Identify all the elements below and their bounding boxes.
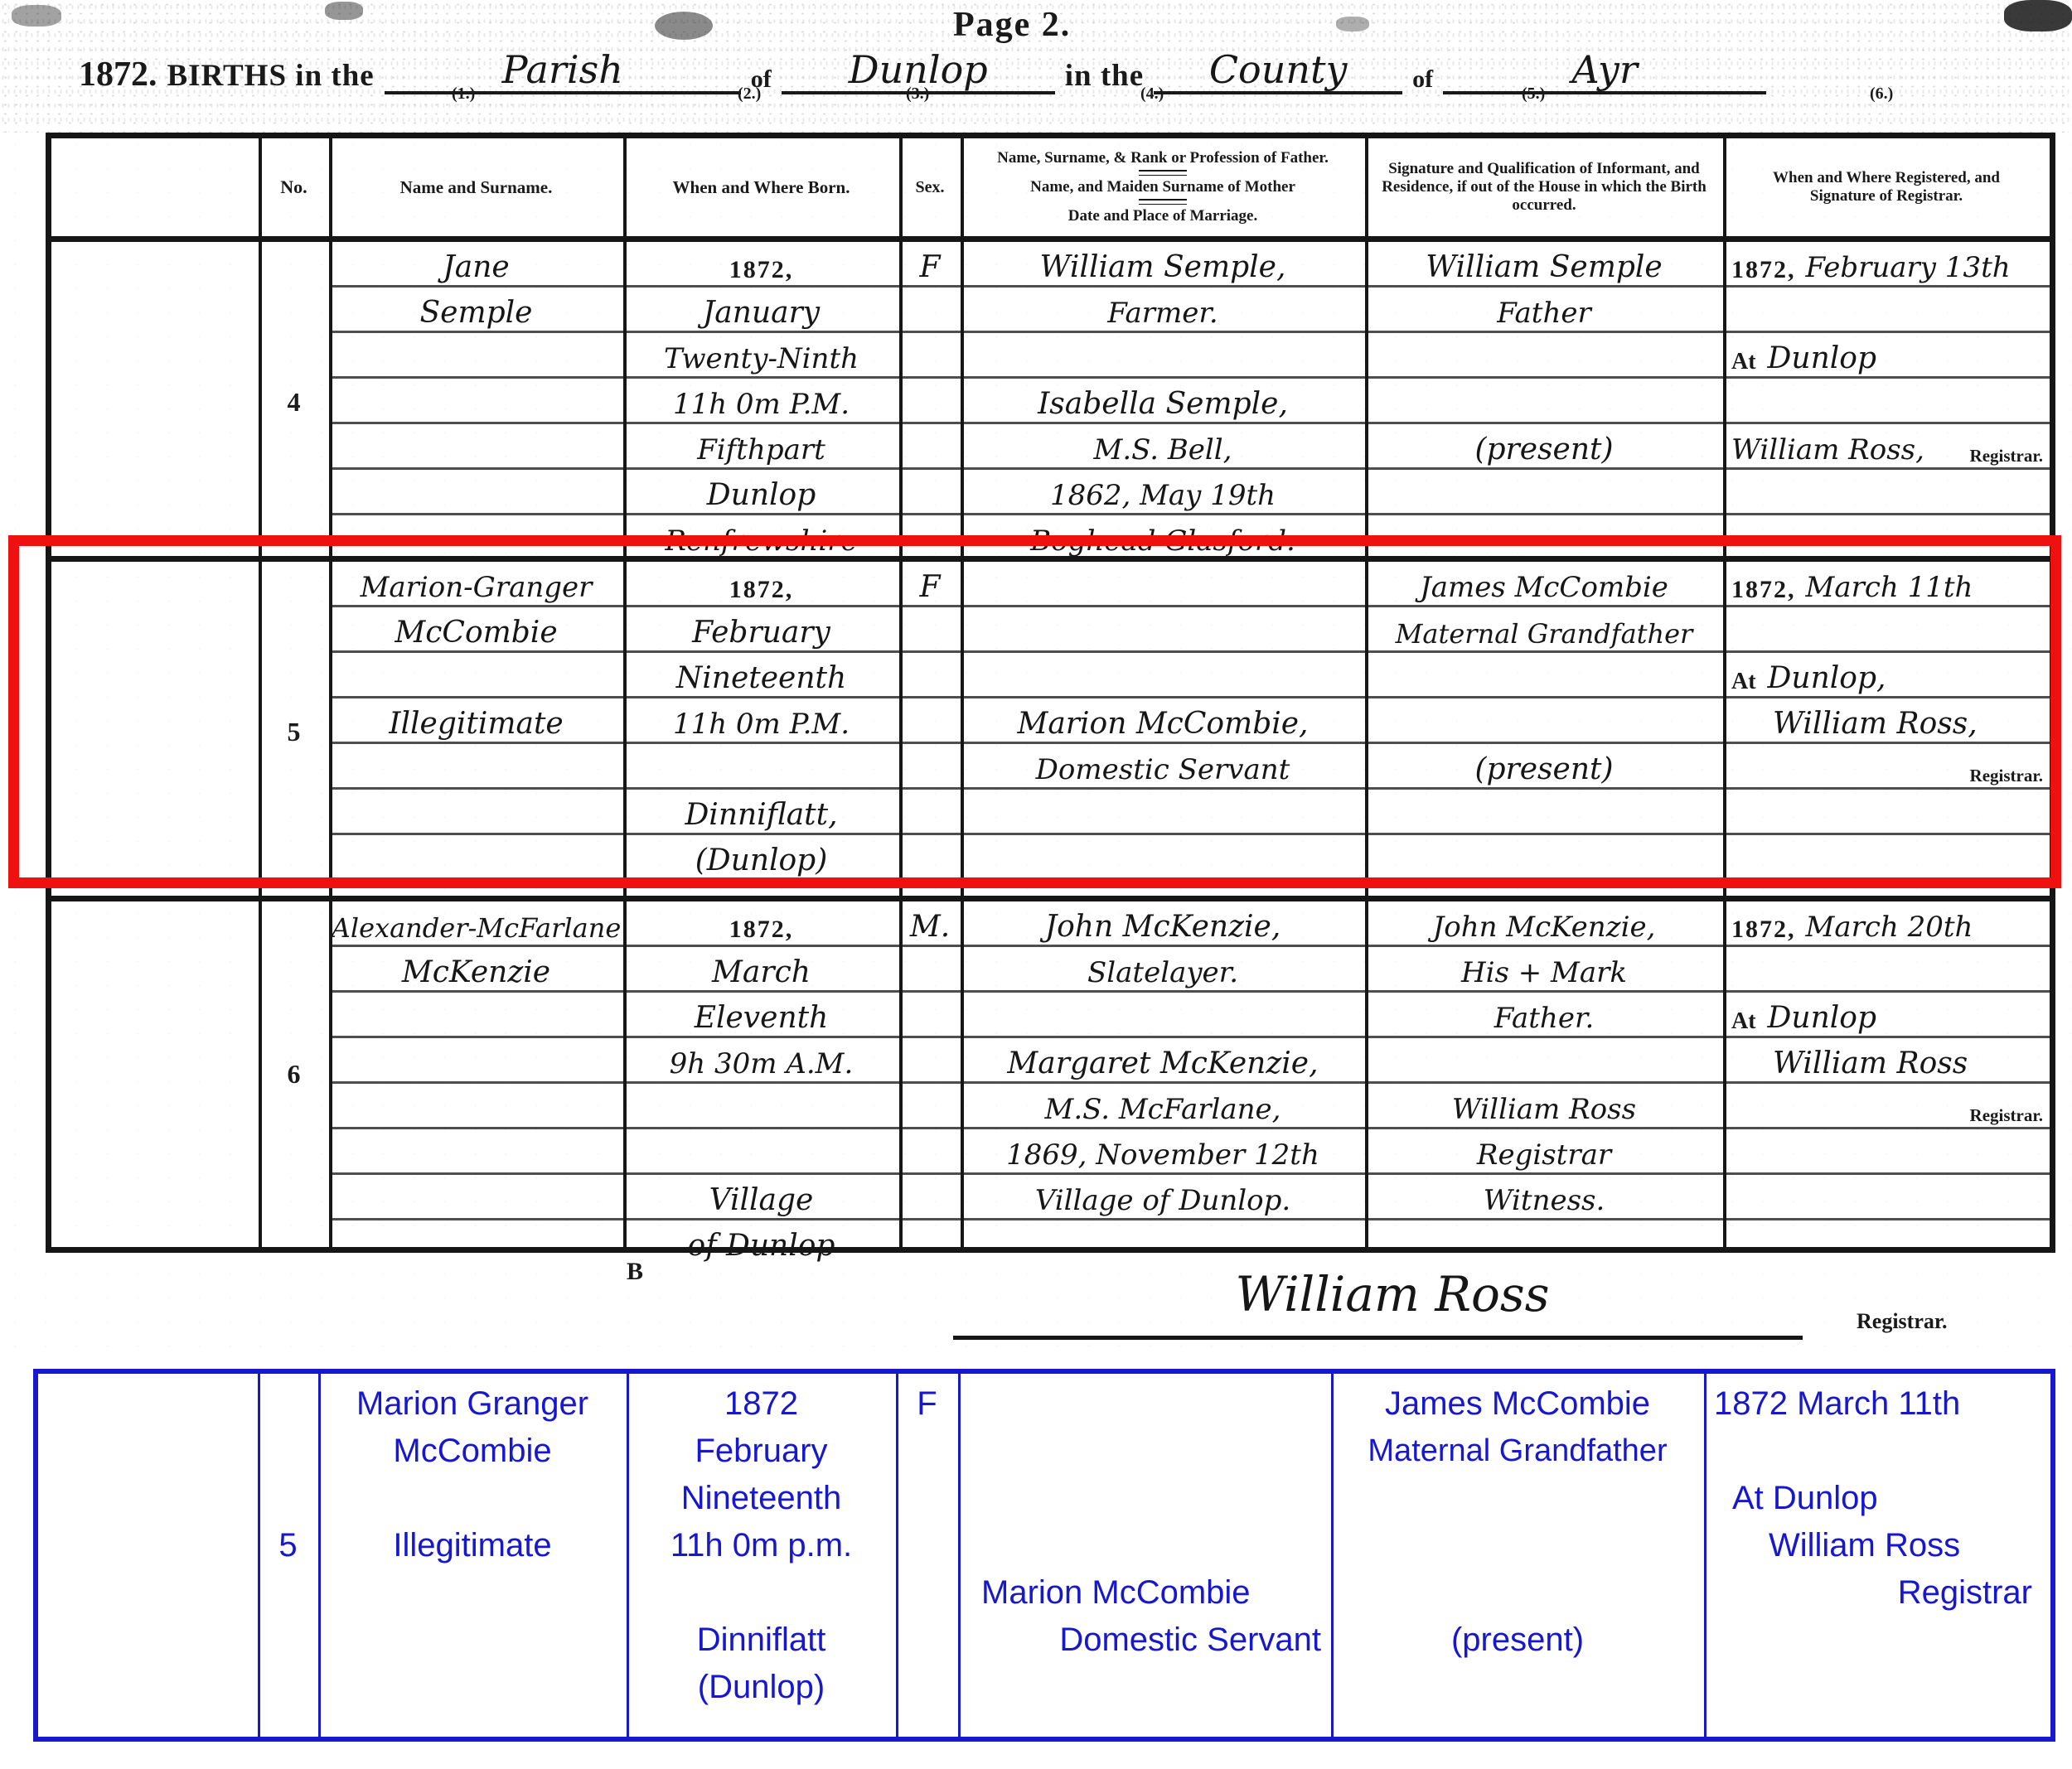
title-year: 1872.	[79, 55, 157, 94]
registrar-label: Registrar.	[1970, 1105, 2043, 1126]
header-no: No.	[259, 138, 329, 236]
entry-line: 1872, March 20th	[1723, 901, 2050, 947]
entry-line: At Dunlop	[1723, 333, 2050, 379]
ruled-line-space	[623, 1084, 899, 1129]
entry-line: 1869, November 12th	[961, 1129, 1365, 1175]
transcription-line: Domestic Servant	[958, 1617, 1331, 1664]
column-ref-4: (4.)	[1140, 85, 1164, 104]
transcription-sex-value: F	[896, 1380, 958, 1428]
registrar-signature: William Ross,	[1731, 433, 1924, 466]
signature-underline	[953, 1336, 1803, 1340]
cell-informant: John McKenzie, His + Mark Father. Willia…	[1365, 901, 1723, 1247]
transcription-born: 1872 February Nineteenth 11h 0m p.m. Din…	[627, 1380, 896, 1737]
transcription-line: February	[627, 1428, 896, 1475]
entry-line: Registrar	[1365, 1129, 1723, 1175]
transcription-line: Nineteenth	[627, 1475, 896, 1522]
header-name: Name and Surname.	[329, 138, 623, 236]
entry-line: At Dunlop	[1723, 993, 2050, 1038]
registrar-page-signature: William Ross	[1102, 1266, 1682, 1322]
column-ref-6: (6.)	[1870, 85, 1893, 104]
cell-parents: William Semple, Farmer. Isabella Semple,…	[961, 242, 1365, 562]
cell-born: 1872, March Eleventh 9h 30m A.M. Village…	[623, 901, 899, 1247]
entry-line: Village	[623, 1175, 899, 1220]
ruled-line-space	[1365, 333, 1723, 379]
entry-line: Father	[1365, 288, 1723, 333]
entry-number: 4	[259, 242, 329, 562]
register-row-6: 6 Alexander-McFarlane McKenzie 1872, Mar…	[51, 896, 2050, 1247]
entry-line: March	[623, 947, 899, 993]
entry-line: Dunlop	[623, 470, 899, 515]
transcription-line: 1872	[627, 1380, 896, 1428]
cell-parents: John McKenzie, Slatelayer. Margaret McKe…	[961, 901, 1365, 1247]
entry-line: 1872, February 13th	[1723, 242, 2050, 288]
entry-line: 9h 30m A.M.	[623, 1038, 899, 1084]
entry-line: (present)	[1365, 424, 1723, 470]
transcription-line: (present)	[1331, 1617, 1704, 1664]
transcription-line: Marion McCombie	[958, 1569, 1331, 1617]
title-births-text: BIRTHS in the	[167, 58, 375, 94]
at-label: At	[1731, 349, 1756, 375]
transcription-line: (Dunlop)	[627, 1664, 896, 1711]
ruled-line-space	[623, 1129, 899, 1175]
entry-line: 11h 0m P.M.	[623, 379, 899, 424]
transcription-line: William Ross	[1704, 1522, 2045, 1569]
table-header-row: No. Name and Surname. When and Where Bor…	[51, 138, 2050, 236]
entry-line: William Semple,	[961, 242, 1365, 288]
cell-name: Alexander-McFarlane McKenzie	[329, 901, 623, 1247]
entry-line: Farmer.	[961, 288, 1365, 333]
title-parish-handwritten: Parish	[385, 48, 741, 94]
transcription-line: Illegitimate	[318, 1522, 627, 1569]
cell-born: 1872, January Twenty-Ninth 11h 0m P.M. F…	[623, 242, 899, 562]
entry-line: Alexander-McFarlane	[329, 901, 623, 947]
transcription-line: Maternal Grandfather	[1331, 1428, 1704, 1475]
entry-line: William Ross	[1365, 1084, 1723, 1129]
registered-date: March 20th	[1806, 911, 1973, 944]
ruled-line-space	[1723, 379, 2050, 424]
entry-line: His + Mark	[1365, 947, 1723, 993]
entry-line: McKenzie	[329, 947, 623, 993]
entry-line: M.	[899, 901, 961, 947]
registered-year: 1872,	[1731, 916, 1796, 944]
entry-line: Twenty-Ninth	[623, 333, 899, 379]
transcription-line: McCombie	[318, 1428, 627, 1475]
registered-date: February 13th	[1806, 251, 2011, 284]
header-informant: Signature and Qualification of Informant…	[1365, 138, 1723, 236]
transcription-no: 5	[258, 1380, 318, 1737]
transcription-line	[258, 1475, 318, 1522]
entry-line: William Ross	[1723, 1038, 2050, 1084]
entry-line: John McKenzie,	[1365, 901, 1723, 947]
header-separator	[1139, 199, 1187, 205]
cell-sex: M.	[899, 901, 961, 1247]
ink-smudge	[12, 5, 61, 27]
entry-line: Slatelayer.	[961, 947, 1365, 993]
column-ref-3: (3.)	[906, 85, 929, 104]
transcription-line	[958, 1428, 1331, 1475]
entry-line: 1862, May 19th	[961, 470, 1365, 515]
entry-line: Jane	[329, 242, 623, 288]
registrar-label: Registrar.	[1857, 1309, 1948, 1334]
transcription-line	[318, 1475, 627, 1522]
transcription-line: Dinniflatt	[627, 1617, 896, 1664]
transcription-line	[958, 1522, 1331, 1569]
entry-line: Isabella Semple,	[961, 379, 1365, 424]
registered-place: Dunlop	[1768, 1001, 1876, 1035]
ruled-line-space	[1365, 379, 1723, 424]
cell-name: Jane Semple	[329, 242, 623, 562]
entry-number: 6	[259, 901, 329, 1247]
header-born: When and Where Born.	[623, 138, 899, 236]
registered-year: 1872,	[1731, 256, 1796, 284]
cell-informant: William Semple Father (present)	[1365, 242, 1723, 562]
column-ref-5: (5.)	[1522, 85, 1545, 104]
entry-line: John McKenzie,	[961, 901, 1365, 947]
transcription-line	[958, 1475, 1331, 1522]
entry-line: William Ross, Registrar.	[1723, 424, 2050, 470]
transcription-line: Registrar	[1704, 1569, 2045, 1617]
entry-line: Semple	[329, 288, 623, 333]
entry-line: Fifthpart	[623, 424, 899, 470]
column-ref-2: (2.)	[738, 85, 761, 104]
entry-line: Witness.	[1365, 1175, 1723, 1220]
ruled-line-space	[961, 993, 1365, 1038]
transcription-line	[258, 1380, 318, 1428]
header-marriage-line: Date and Place of Marriage.	[1068, 207, 1257, 225]
ruled-line-space	[1365, 1038, 1723, 1084]
cell-registered: 1872, February 13th At Dunlop William Ro…	[1723, 242, 2050, 562]
transcription-line	[1331, 1569, 1704, 1617]
screenshot-root: { "colors": {"ink": "#1a1a1a", "blue": "…	[0, 0, 2072, 1769]
transcription-line: Marion Granger	[318, 1380, 627, 1428]
registered-place: Dunlop	[1768, 341, 1876, 375]
header-separator	[1139, 170, 1187, 176]
entry-line: Registrar.	[1723, 1084, 2050, 1129]
title-of: of	[1412, 65, 1433, 94]
at-label: At	[1731, 1008, 1756, 1035]
entry-line: 1872,	[623, 242, 899, 288]
entry-line: Eleventh	[623, 993, 899, 1038]
header-parents: Name, Surname, & Rank or Profession of F…	[961, 138, 1365, 236]
transcription-line: 1872 March 11th	[1704, 1380, 2045, 1428]
register-title-line: 1872. BIRTHS in the Parish of Dunlop in …	[79, 30, 1910, 94]
entry-line: Margaret McKenzie,	[961, 1038, 1365, 1084]
transcription-line: At Dunlop	[1704, 1475, 2045, 1522]
transcription-line	[1704, 1428, 2045, 1475]
transcription-informant: James McCombie Maternal Grandfather (pre…	[1331, 1380, 1704, 1737]
transcription-line	[258, 1428, 318, 1475]
transcription-line	[958, 1380, 1331, 1428]
title-in-the: in the	[1065, 58, 1144, 94]
entry-line: January	[623, 288, 899, 333]
transcription-line	[1331, 1475, 1704, 1522]
header-sex: Sex.	[899, 138, 961, 236]
title-county-handwritten: County	[1154, 48, 1402, 94]
registrar-signature: William Ross	[1773, 1046, 1968, 1080]
transcription-name: Marion Granger McCombie Illegitimate	[318, 1380, 627, 1737]
transcription-line: 11h 0m p.m.	[627, 1522, 896, 1569]
registrar-label: Registrar.	[1970, 446, 2043, 466]
entry-line: F	[899, 242, 961, 288]
entry-line: M.S. McFarlane,	[961, 1084, 1365, 1129]
ink-smudge	[325, 2, 363, 20]
ruled-line-space	[961, 333, 1365, 379]
entry-line: William Semple	[1365, 242, 1723, 288]
cell-sex: F	[899, 242, 961, 562]
entry-line: M.S. Bell,	[961, 424, 1365, 470]
transcription-line: James McCombie	[1331, 1380, 1704, 1428]
highlight-rectangle	[8, 535, 2061, 888]
entry-line: Father.	[1365, 993, 1723, 1038]
transcription-line	[1331, 1522, 1704, 1569]
header-father-line: Name, Surname, & Rank or Profession of F…	[997, 149, 1329, 167]
ruled-line-space	[1723, 947, 2050, 993]
ink-smudge	[2004, 0, 2072, 31]
column-ref-1: (1.)	[452, 85, 475, 104]
header-mother-line: Name, and Maiden Surname of Mother	[1030, 178, 1295, 196]
transcription-mother: Marion McCombie Domestic Servant	[958, 1380, 1331, 1737]
transcription-table: 5 Marion Granger McCombie Illegitimate 1…	[33, 1369, 2055, 1742]
transcription-sex: F	[896, 1380, 958, 1737]
entry-line: Village of Dunlop.	[961, 1175, 1365, 1220]
transcription-registered: 1872 March 11th At Dunlop William Ross R…	[1704, 1380, 2045, 1737]
ruled-line-space	[1723, 288, 2050, 333]
header-registered: When and Where Registered, and Signature…	[1723, 138, 2050, 236]
register-row-4: 4 Jane Semple 1872, January Twenty-Ninth…	[51, 236, 2050, 562]
transcription-line	[627, 1569, 896, 1617]
entry-line: 1872,	[623, 901, 899, 947]
entry-line: of Dunlop	[623, 1220, 899, 1266]
title-county-name-handwritten: Ayr	[1443, 48, 1766, 94]
cell-registered: 1872, March 20th At Dunlop William Ross …	[1723, 901, 2050, 1247]
transcription-entry-number: 5	[258, 1522, 318, 1569]
